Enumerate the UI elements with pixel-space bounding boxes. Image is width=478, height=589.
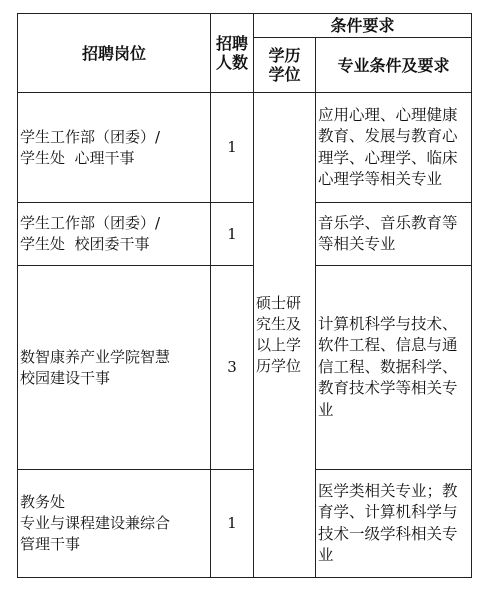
recruitment-table: 招聘岗位 招聘 人数 条件要求 学历 学位 专业条件及要求 学生工作部（团委）/…: [17, 13, 472, 578]
position-line: 学生处 心理干事: [20, 148, 208, 169]
position-cell: 学生工作部（团委）/ 学生处 校团委干事: [18, 203, 211, 266]
table-row: 学生工作部（团委）/ 学生处 校团委干事 1 音乐学、音乐教育等等相关专业: [18, 203, 472, 266]
table-row: 数智康养产业学院智慧 校园建设干事 3 计算机科学与技术、软件工程、信息与通信工…: [18, 266, 472, 470]
position-line: 数智康养产业学院智慧: [20, 347, 208, 368]
major-cell: 应用心理、心理健康教育、发展与教育心理学、心理学、临床心理学等相关专业: [316, 93, 472, 203]
major-cell: 医学类相关专业；教育学、计算机科学与技术一级学科相关专业: [316, 470, 472, 578]
position-line: 教务处: [20, 492, 208, 513]
count-cell: 1: [211, 203, 254, 266]
table-row: 学生工作部（团委）/ 学生处 心理干事 1 硕士研 究生及 以上学 历学位 应用…: [18, 93, 472, 203]
count-cell: 1: [211, 93, 254, 203]
position-line: 管理干事: [20, 534, 208, 555]
table-row: 教务处 专业与课程建设兼综合 管理干事 1 医学类相关专业；教育学、计算机科学与…: [18, 470, 472, 578]
header-conditions: 条件要求: [254, 14, 472, 38]
header-degree-line1: 学历: [256, 46, 313, 65]
header-count-line1: 招聘: [213, 34, 251, 53]
header-major: 专业条件及要求: [316, 38, 472, 93]
header-position: 招聘岗位: [18, 14, 211, 93]
position-line: 学生工作部（团委）/: [20, 127, 208, 148]
position-line: 校园建设干事: [20, 368, 208, 389]
degree-line: 历学位: [256, 356, 313, 377]
major-cell: 计算机科学与技术、软件工程、信息与通信工程、数据科学、教育技术学等相关专业: [316, 266, 472, 470]
count-cell: 1: [211, 470, 254, 578]
position-line: 学生工作部（团委）/: [20, 213, 208, 234]
degree-line: 硕士研: [256, 293, 313, 314]
header-degree-line2: 学位: [256, 65, 313, 84]
header-count-line2: 人数: [213, 53, 251, 72]
degree-line: 究生及: [256, 314, 313, 335]
position-line: 学生处 校团委干事: [20, 234, 208, 255]
major-cell: 音乐学、音乐教育等等相关专业: [316, 203, 472, 266]
position-cell: 教务处 专业与课程建设兼综合 管理干事: [18, 470, 211, 578]
header-degree: 学历 学位: [254, 38, 316, 93]
position-line: 专业与课程建设兼综合: [20, 513, 208, 534]
position-cell: 学生工作部（团委）/ 学生处 心理干事: [18, 93, 211, 203]
position-cell: 数智康养产业学院智慧 校园建设干事: [18, 266, 211, 470]
header-count: 招聘 人数: [211, 14, 254, 93]
degree-cell: 硕士研 究生及 以上学 历学位: [254, 93, 316, 578]
count-cell: 3: [211, 266, 254, 470]
degree-line: 以上学: [256, 335, 313, 356]
